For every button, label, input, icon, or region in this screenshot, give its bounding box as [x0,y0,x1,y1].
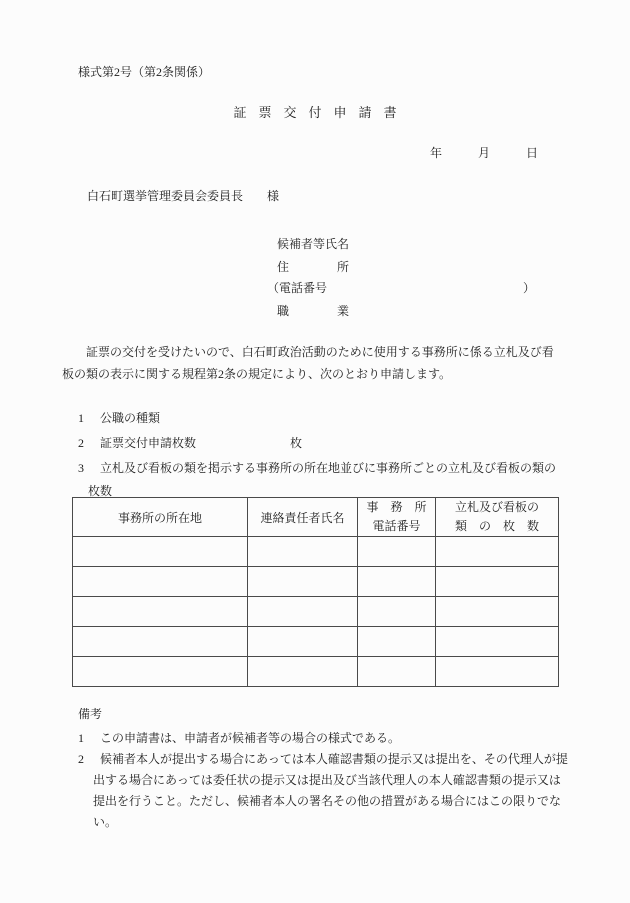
phone-label-close: ） [523,281,535,295]
page-title: 証票交付申請書 [0,105,630,121]
table-row [73,567,559,597]
table-row [73,537,559,567]
header-contact-name: 連絡責任者氏名 [248,498,358,537]
date-line: 年 月 日 [430,146,550,160]
note-text-line1: 候補者本人が提出する場合にあっては本人確認書類の提示又は提出を、その代理人が提 [100,752,568,766]
addressee-line: 白石町選挙管理委員会委員長 様 [87,189,279,203]
note-number: 2 [78,752,100,766]
phone-number-row: （電話番号 ） [267,281,535,295]
table-cell [248,537,358,567]
table-cell [248,597,358,627]
item-unit: 枚 [290,436,302,450]
header-office-phone-line2: 電話番号 [358,517,435,536]
table-cell [358,597,436,627]
address-label: 住 所 [277,260,349,274]
header-office-location: 事務所の所在地 [73,498,248,537]
table-cell [248,657,358,687]
table-cell [436,537,559,567]
form-number: 様式第2号（第2条関係） [78,65,210,79]
item-number: 3 [78,461,100,475]
table-cell [73,537,248,567]
body-paragraph-line1: 証票の交付を受けたいので、白石町政治活動のために使用する事務所に係る立札及び看 [62,345,554,359]
table-cell [358,537,436,567]
item-certificate-count: 2 証票交付申請枚数 枚 [78,436,302,450]
application-form-page: 様式第2号（第2条関係） 証票交付申請書 年 月 日 白石町選挙管理委員会委員長… [0,0,630,903]
table-cell [73,567,248,597]
header-office-phone: 事 務 所 電話番号 [358,498,436,537]
table-cell [73,597,248,627]
phone-label-open: （電話番号 [267,281,327,295]
note-text-line2: 出する場合にあっては委任状の提示又は提出及び当該代理人の本人確認書類の提示又は [93,773,561,787]
note-2: 2 候補者本人が提出する場合にあっては本人確認書類の提示又は提出を、その代理人が… [78,752,568,766]
note-text-line3: 提出を行うこと。ただし、候補者本人の署名その他の措置がある場合にはこの限りでな [93,794,561,808]
item-text: 公職の種類 [100,411,160,425]
table-row [73,597,559,627]
table-cell [248,627,358,657]
header-office-phone-line1: 事 務 所 [358,498,435,517]
notes-heading: 備考 [78,707,102,721]
note-number: 1 [78,731,100,745]
item-public-office: 1 公職の種類 [78,411,160,425]
table-cell [358,567,436,597]
table-row [73,627,559,657]
office-table: 事務所の所在地 連絡責任者氏名 事 務 所 電話番号 立札及び看板の 類 の 枚… [72,497,559,687]
table-cell [436,627,559,657]
table-cell [436,567,559,597]
header-signs-count: 立札及び看板の 類 の 枚 数 [436,498,559,537]
table-header-row: 事務所の所在地 連絡責任者氏名 事 務 所 電話番号 立札及び看板の 類 の 枚… [73,498,559,537]
table-cell [358,657,436,687]
header-signs-count-line2: 類 の 枚 数 [436,517,558,536]
body-paragraph-line2: 板の類の表示に関する規程第2条の規定により、次のとおり申請します。 [62,367,451,381]
note-text: この申請書は、申請者が候補者等の場合の様式である。 [100,731,400,745]
item-text: 立札及び看板の類を掲示する事務所の所在地並びに事務所ごとの立札及び看板の類の [100,461,556,475]
table-cell [73,657,248,687]
header-signs-count-line1: 立札及び看板の [436,498,558,517]
note-text-line4: い。 [93,815,117,829]
candidate-name-label: 候補者等氏名 [277,237,349,251]
table-cell [436,657,559,687]
table-row [73,657,559,687]
table-cell [436,597,559,627]
item-number: 1 [78,411,100,425]
occupation-label: 職 業 [277,304,349,318]
table-cell [73,627,248,657]
item-number: 2 [78,436,100,450]
note-1: 1 この申請書は、申請者が候補者等の場合の様式である。 [78,731,400,745]
item-text: 証票交付申請枚数 [100,436,196,450]
table-cell [358,627,436,657]
item-office-signs: 3 立札及び看板の類を掲示する事務所の所在地並びに事務所ごとの立札及び看板の類の [78,461,556,475]
table-cell [248,567,358,597]
